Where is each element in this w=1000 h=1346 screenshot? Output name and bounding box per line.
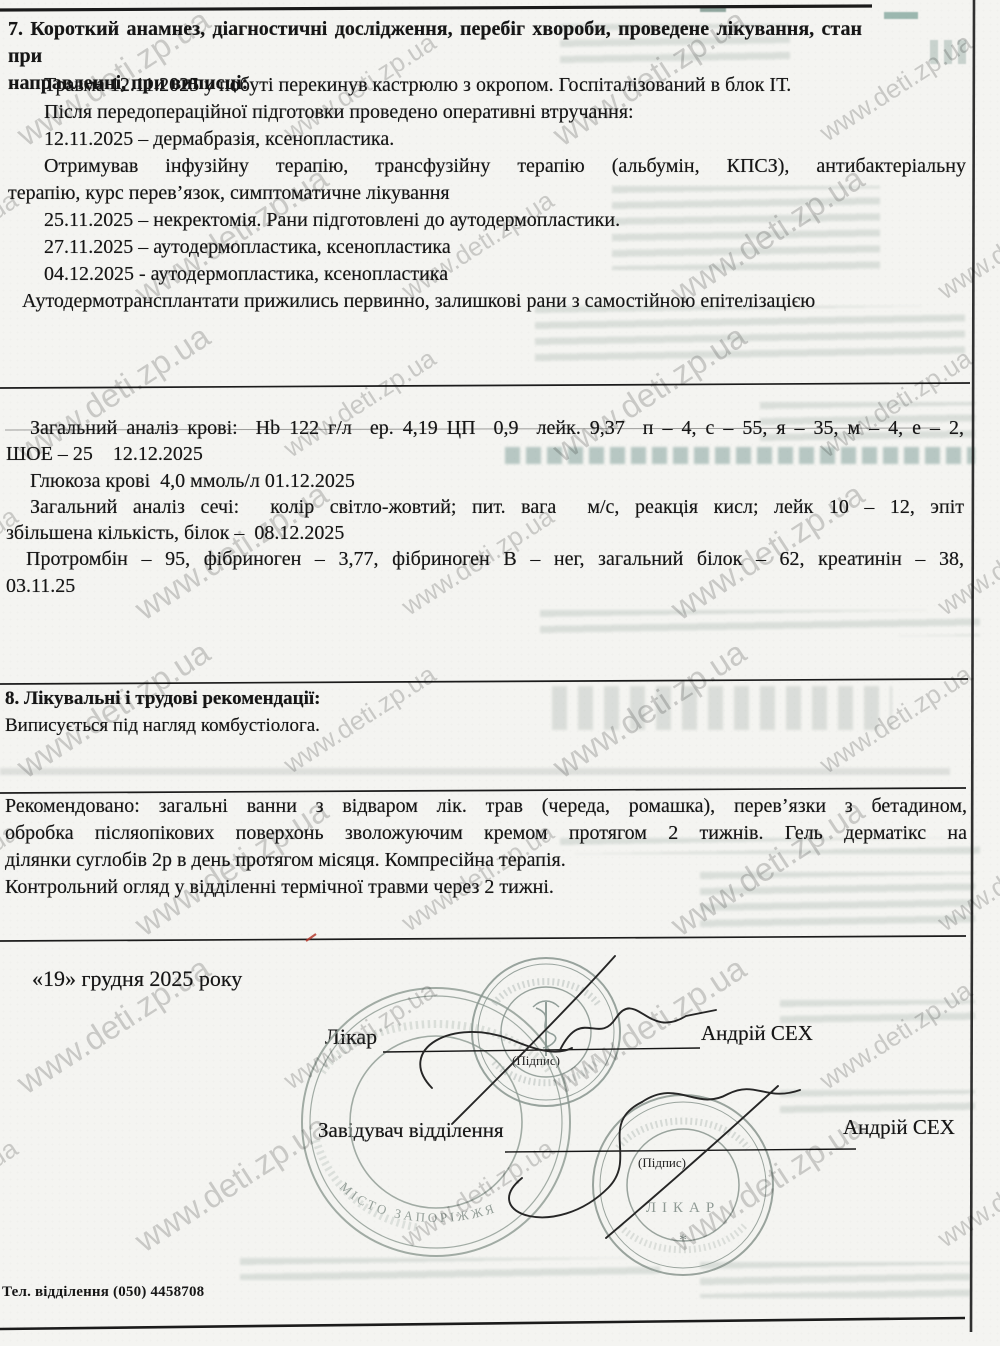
- lab-line: Загальний аналіз сечі: колір світло-жовт…: [6, 494, 964, 520]
- narrative-line: терапію, курс перев’язок, симптоматичне …: [8, 180, 966, 207]
- recommendation-line: ділянки суглобів 2р в день протягом міся…: [5, 847, 967, 874]
- department-phone: Тел. відділення (050) 4458708: [2, 1284, 204, 1301]
- signature-caption: (Підпис): [638, 1155, 686, 1171]
- narrative-line: Після передопераційної підготовки провед…: [8, 99, 966, 126]
- bleed-through-text: [240, 1258, 660, 1280]
- lab-line: збільшена кількість, білок – 08.12.2025: [6, 520, 964, 546]
- bleed-through-text: [780, 1090, 975, 1116]
- narrative-line: 27.11.2025 – аутодермопластика, ксенопла…: [8, 234, 966, 261]
- section7-heading-line1: 7. Короткий анамнез, діагностичні дослід…: [8, 16, 862, 70]
- narrative-line: Травма 12.11.2025 у побуті перекинув кас…: [8, 72, 966, 99]
- bleed-through-text: [700, 1262, 970, 1298]
- department-head-label: Завідувач відділення: [318, 1118, 504, 1143]
- section7-narrative: Травма 12.11.2025 у побуті перекинув кас…: [8, 72, 966, 315]
- narrative-line: 04.12.2025 - аутодермопластика, ксенопла…: [8, 261, 966, 288]
- department-head-name: Андрій СЕХ: [843, 1115, 955, 1140]
- watermark-text: www.deti.zp.ua: [664, 1107, 871, 1260]
- stamp-asterisk: *: [679, 1232, 687, 1249]
- recommendation-line: обробка післяопікових поверхонь зволожую…: [5, 820, 967, 847]
- recommendations-block: Рекомендовано: загальні ванни з відваром…: [5, 793, 967, 901]
- narrative-line: Отримував інфузійну терапію, трансфузійн…: [8, 153, 966, 180]
- lab-line: Загальний аналіз крові: Hb 122 г/л ер. 4…: [6, 415, 964, 441]
- narrative-line: 25.11.2025 – некректомія. Рани підготовл…: [8, 207, 966, 234]
- lab-line: 03.11.25: [6, 573, 964, 599]
- bleed-through-line: [0, 768, 950, 775]
- handwritten-signature-1: [420, 956, 716, 1124]
- section8-body: Виписується під нагляд комбустіолога.: [5, 712, 963, 739]
- lab-line: Глюкоза крові 4,0 ммоль/л 01.12.2025: [6, 468, 964, 494]
- lab-line: Протромбін – 95, фібриноген – 3,77, фібр…: [6, 546, 964, 572]
- lab-line: ШОЕ – 25 12.12.2025: [6, 441, 964, 467]
- doctor-name: Андрій СЕХ: [701, 1021, 813, 1046]
- watermark-text: www.deti.zp.ua: [0, 1133, 24, 1254]
- svg-text:МІСТО ЗАПОРІЖЖЯ: МІСТО ЗАПОРІЖЖЯ: [337, 1179, 499, 1225]
- watermark-text: www.deti.zp.ua: [932, 1133, 1000, 1254]
- ink-speck: [700, 6, 726, 12]
- bleed-through-text: [540, 610, 980, 636]
- ink-speck: [884, 12, 918, 19]
- labs-block: Загальний аналіз крові: Hb 122 г/л ер. 4…: [6, 415, 964, 599]
- document-date: «19» грудня 2025 року: [32, 966, 242, 992]
- ink-speck: [930, 40, 970, 64]
- caduceus-icon: [533, 1001, 559, 1056]
- watermark-text: www.deti.zp.ua: [814, 975, 978, 1096]
- section8-heading: 8. Лікувальні і трудові рекомендації:: [5, 685, 963, 712]
- narrative-line: 12.11.2025 – дермабразія, ксенопластика.: [8, 126, 966, 153]
- stamp-doctor-word: ЛІКАР: [646, 1200, 720, 1216]
- doctor-stamp-caduceus: [472, 958, 620, 1106]
- watermark-text: www.deti.zp.ua: [396, 1133, 560, 1254]
- recommendation-line: Контрольний огляд у відділенні термічної…: [5, 874, 967, 901]
- section8-block: 8. Лікувальні і трудові рекомендації: Ви…: [5, 685, 963, 739]
- recommendation-line: Рекомендовано: загальні ванни з відваром…: [5, 793, 967, 820]
- doctor-label: Лікар: [325, 1024, 377, 1050]
- narrative-line: Аутодермотрансплантати прижились первинн…: [8, 288, 966, 315]
- discharge-summary-page: 7. Короткий анамнез, діагностичні дослід…: [0, 0, 1000, 1346]
- doctor-stamp-likar: ЛІКАР *: [593, 1095, 773, 1275]
- watermark-text: www.deti.zp.ua: [128, 1107, 335, 1260]
- red-tick-mark: [306, 934, 316, 941]
- signature-caption: (Підпис): [512, 1053, 560, 1069]
